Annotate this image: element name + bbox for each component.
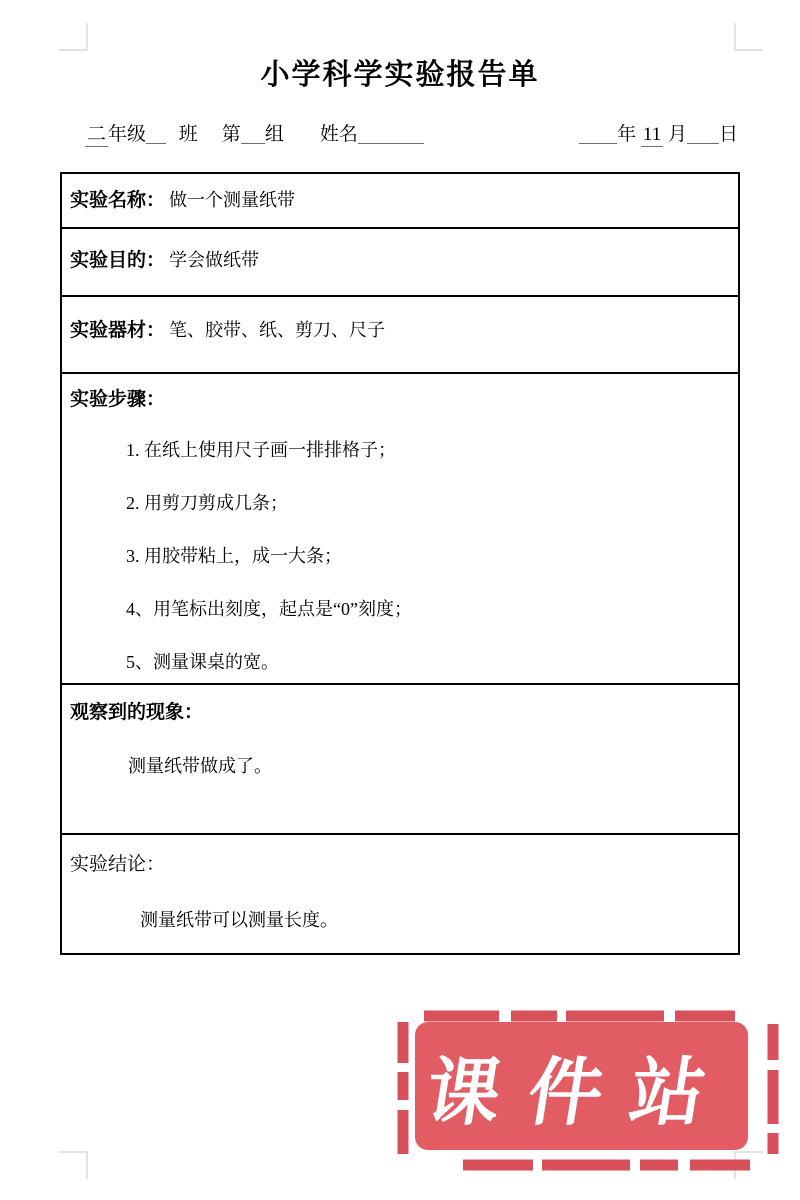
row-label: 观察到的现象：	[70, 702, 203, 723]
step-item: 2. 用剪刀剪成几条；	[126, 489, 728, 515]
class-number-blank	[146, 140, 166, 144]
row-label: 实验步骤：	[70, 389, 165, 410]
margin-mark-top-left	[59, 23, 88, 51]
row-observed-phenomena: 观察到的现象： 测量纸带做成了。	[62, 683, 738, 833]
steps-list: 1. 在纸上使用尺子画一排排格子； 2. 用剪刀剪成几条； 3. 用胶带粘上，成…	[126, 436, 728, 674]
step-item: 5、测量课桌的宽。	[126, 648, 728, 674]
day-label: 日	[719, 124, 738, 145]
margin-mark-bottom-left	[59, 1151, 88, 1179]
row-experiment-name: 实验名称：做一个测量纸带	[62, 174, 738, 227]
row-label: 实验器材：	[70, 320, 165, 341]
month-label: 月	[668, 124, 687, 145]
row-value: 做一个测量纸带	[169, 190, 295, 210]
month-value: 11	[641, 124, 663, 147]
row-value: 测量纸带做成了。	[128, 752, 728, 778]
row-value: 笔、胶带、纸、剪刀、尺子	[169, 320, 385, 340]
step-item: 1. 在纸上使用尺子画一排排格子；	[126, 436, 728, 462]
step-item: 4、用笔标出刻度，起点是“0”刻度；	[126, 595, 728, 621]
report-title: 小学科学实验报告单	[0, 52, 800, 93]
grade-label: 年级	[108, 124, 146, 145]
kejianzhan-watermark-stamp: 课件站	[396, 1008, 780, 1172]
name-blank	[358, 140, 424, 144]
step-item: 3. 用胶带粘上，成一大条；	[126, 542, 728, 568]
group-number-blank	[241, 140, 265, 144]
name-field: 姓名	[320, 119, 424, 146]
header-line: 二年级 班 第组 姓名 年 11 月日	[85, 119, 738, 146]
date-field: 年 11 月日	[579, 119, 738, 146]
row-experiment-goal: 实验目的：学会做纸带	[62, 227, 738, 295]
year-blank	[579, 140, 617, 144]
report-table: 实验名称：做一个测量纸带 实验目的：学会做纸带 实验器材：笔、胶带、纸、剪刀、尺…	[60, 172, 740, 955]
row-value: 测量纸带可以测量长度。	[140, 906, 728, 932]
row-experiment-materials: 实验器材：笔、胶带、纸、剪刀、尺子	[62, 295, 738, 372]
day-blank	[687, 140, 719, 144]
class-label: 班	[179, 124, 198, 145]
row-label: 实验名称：	[70, 190, 165, 211]
row-label: 实验目的：	[70, 250, 165, 271]
year-label: 年	[617, 124, 636, 145]
group-suffix: 组	[265, 124, 284, 145]
group-prefix: 第	[222, 124, 241, 145]
margin-mark-top-right	[734, 23, 763, 51]
grade-value: 二	[85, 124, 108, 147]
row-value: 学会做纸带	[169, 250, 259, 270]
document-page: 小学科学实验报告单 二年级 班 第组 姓名 年 11 月日 实验名称：做一个测量…	[0, 0, 800, 1200]
stamp-text: 课件站	[420, 1051, 739, 1133]
row-experiment-conclusion: 实验结论： 测量纸带可以测量长度。	[62, 833, 738, 953]
row-experiment-steps: 实验步骤： 1. 在纸上使用尺子画一排排格子； 2. 用剪刀剪成几条； 3. 用…	[62, 372, 738, 683]
name-label: 姓名	[320, 124, 358, 145]
group-field: 第组	[222, 119, 284, 146]
grade-class-field: 二年级 班	[85, 119, 198, 146]
row-label: 实验结论：	[70, 854, 165, 875]
